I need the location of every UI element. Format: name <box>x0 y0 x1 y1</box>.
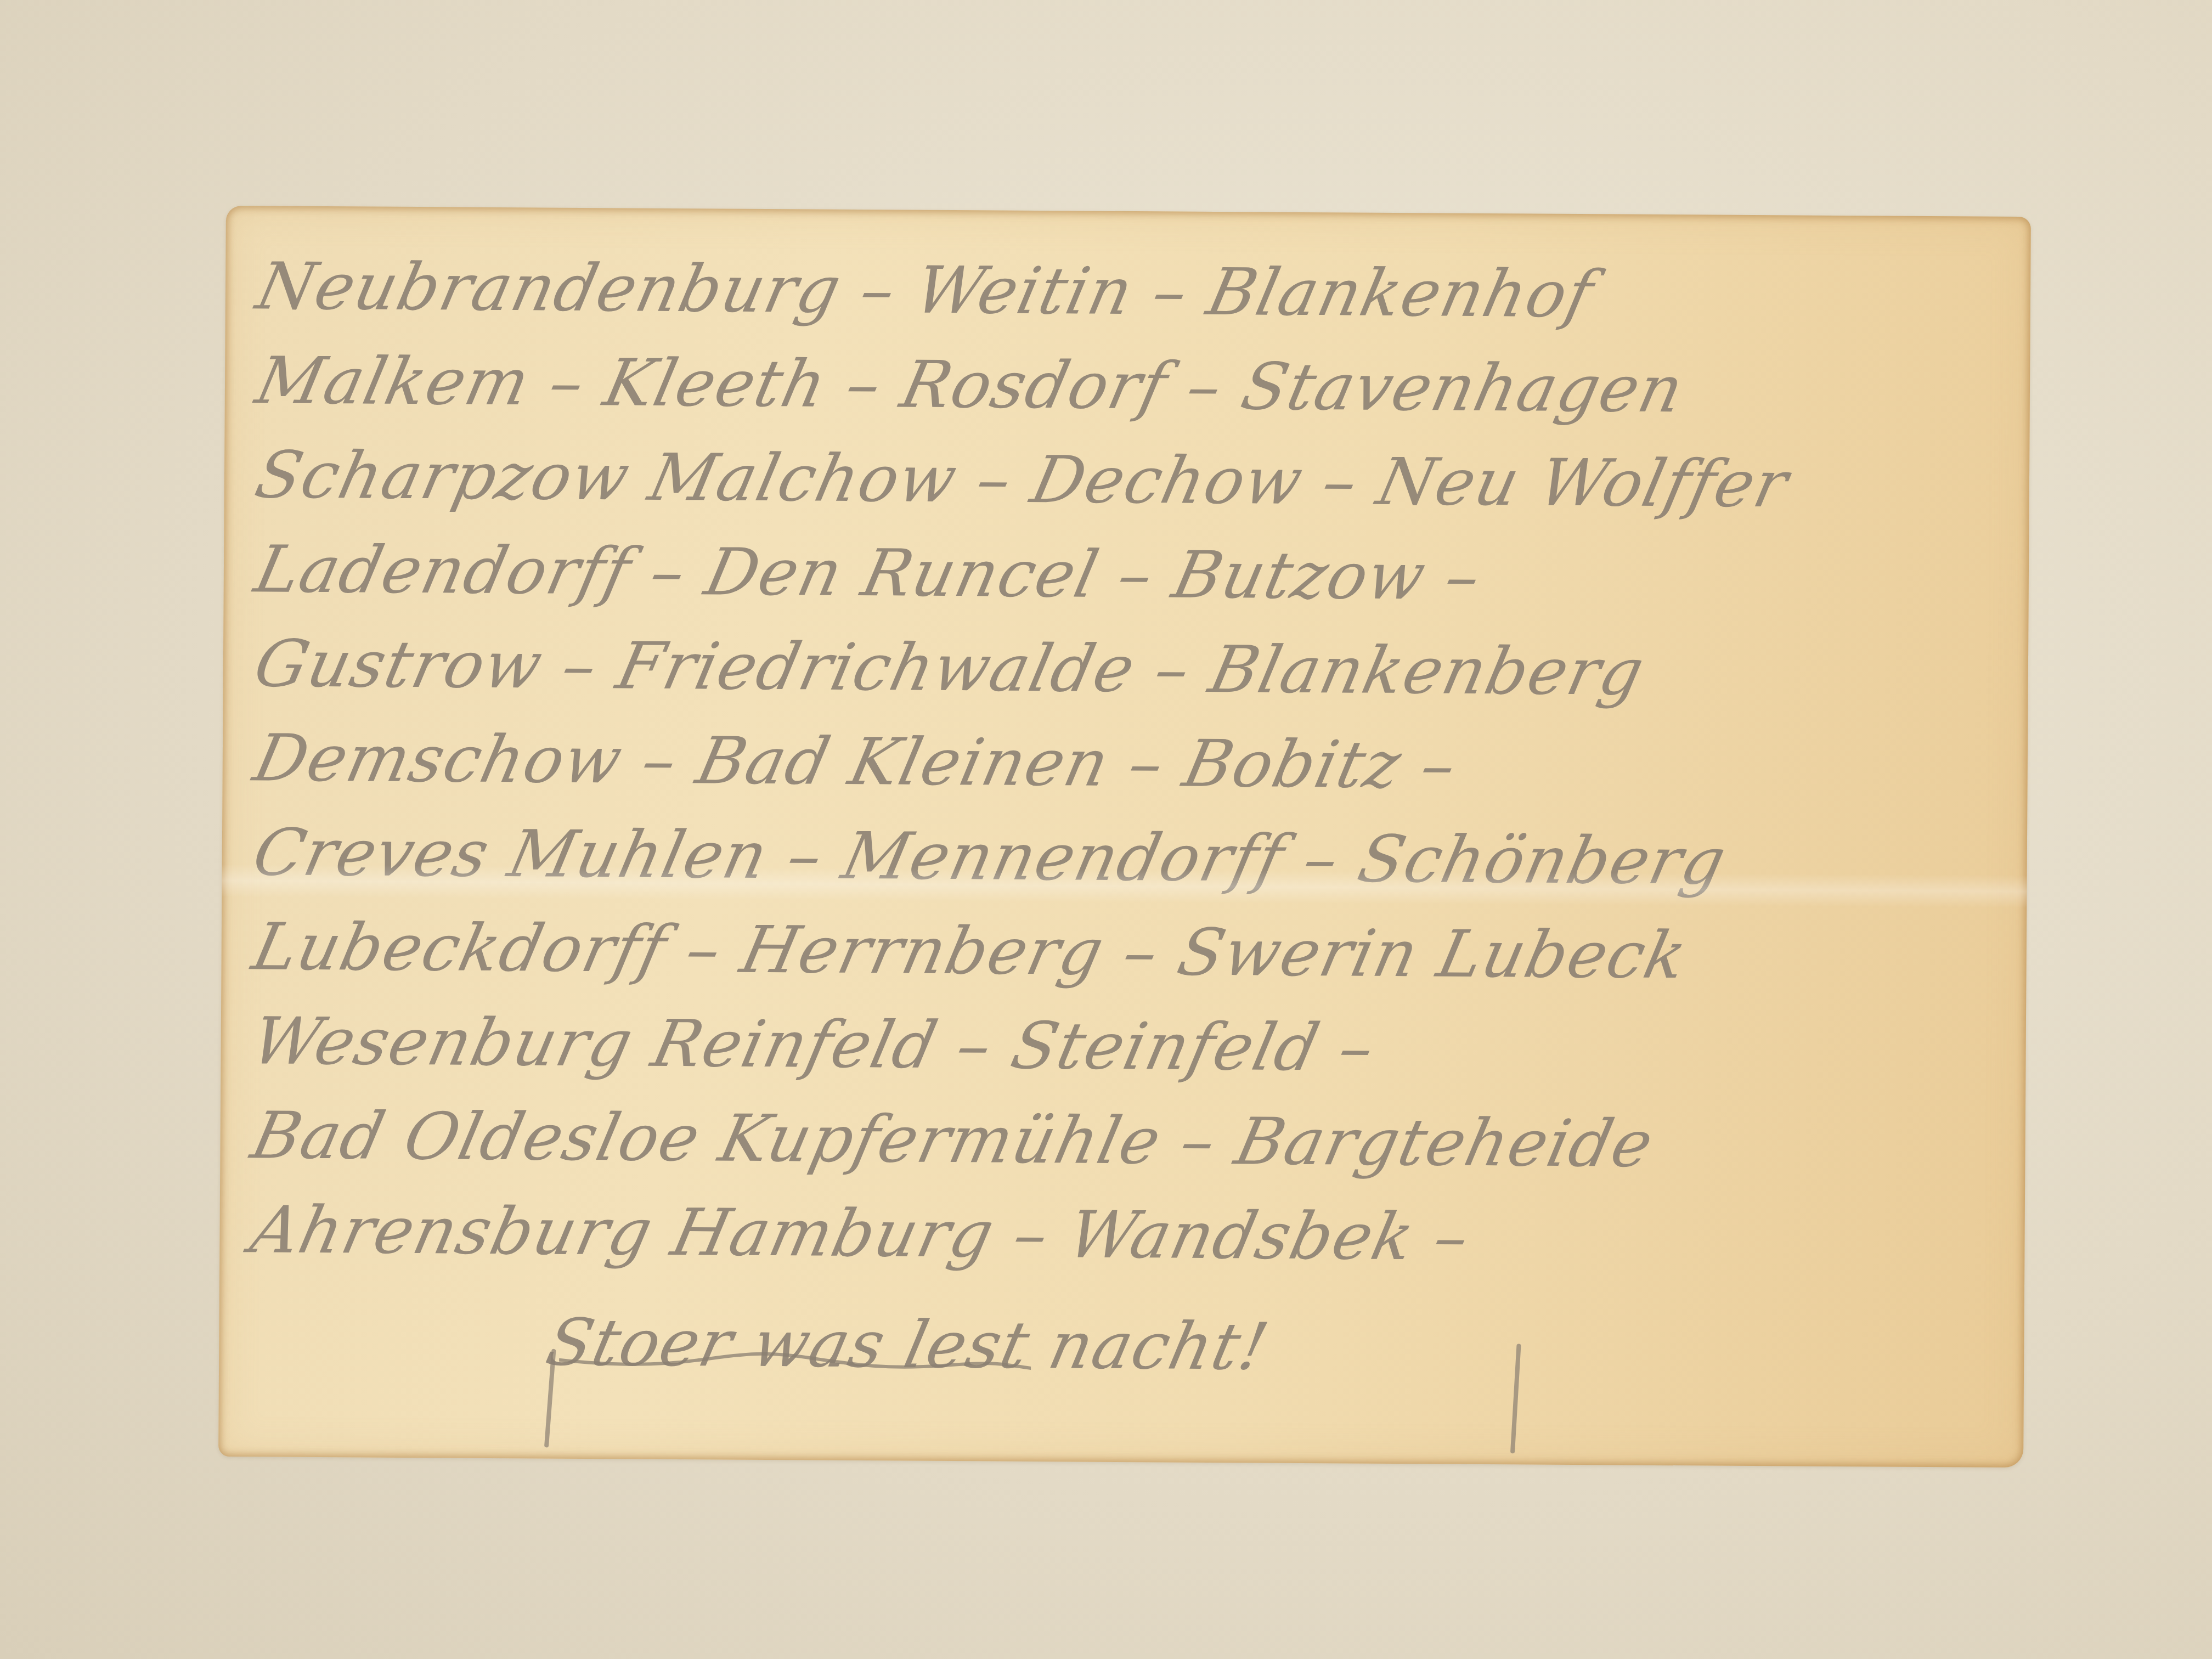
route-line-2: Malkem – Kleeth – Rosdorf – Stavenhagen <box>247 333 2018 438</box>
route-line-9: Wesenburg Reinfeld – Steinfeld – <box>244 994 2015 1098</box>
wavy-underline <box>559 1349 1031 1374</box>
closing-line: Stoer was lest nacht! <box>538 1295 2013 1398</box>
route-line-5: Gustrow – Friedrichwalde – Blankenberg <box>246 616 2017 721</box>
route-line-7: Creves Muhlen – Mennendorff – Schönberg <box>245 805 2016 910</box>
route-line-4: Ladendorff – Den Runcel – Butzow – <box>246 522 2017 627</box>
route-line-6: Demschow – Bad Kleinen – Bobitz – <box>245 710 2016 815</box>
route-line-11: Ahrensburg Hamburg – Wandsbek – <box>242 1182 2013 1287</box>
route-line-1: Neubrandenburg – Weitin – Blankenhof <box>248 239 2019 343</box>
handwritten-card: Neubrandenburg – Weitin – Blankenhof Mal… <box>218 206 2031 1468</box>
route-list: Neubrandenburg – Weitin – Blankenhof Mal… <box>252 239 2009 1398</box>
route-line-3: Scharpzow Malchow – Dechow – Neu Wolffer <box>247 427 2018 532</box>
route-line-8: Lubeckdorff – Herrnberg – Swerin Lubeck <box>244 899 2015 1004</box>
route-line-10: Bad Oldesloe Kupfermühle – Bargteheide <box>243 1088 2014 1193</box>
